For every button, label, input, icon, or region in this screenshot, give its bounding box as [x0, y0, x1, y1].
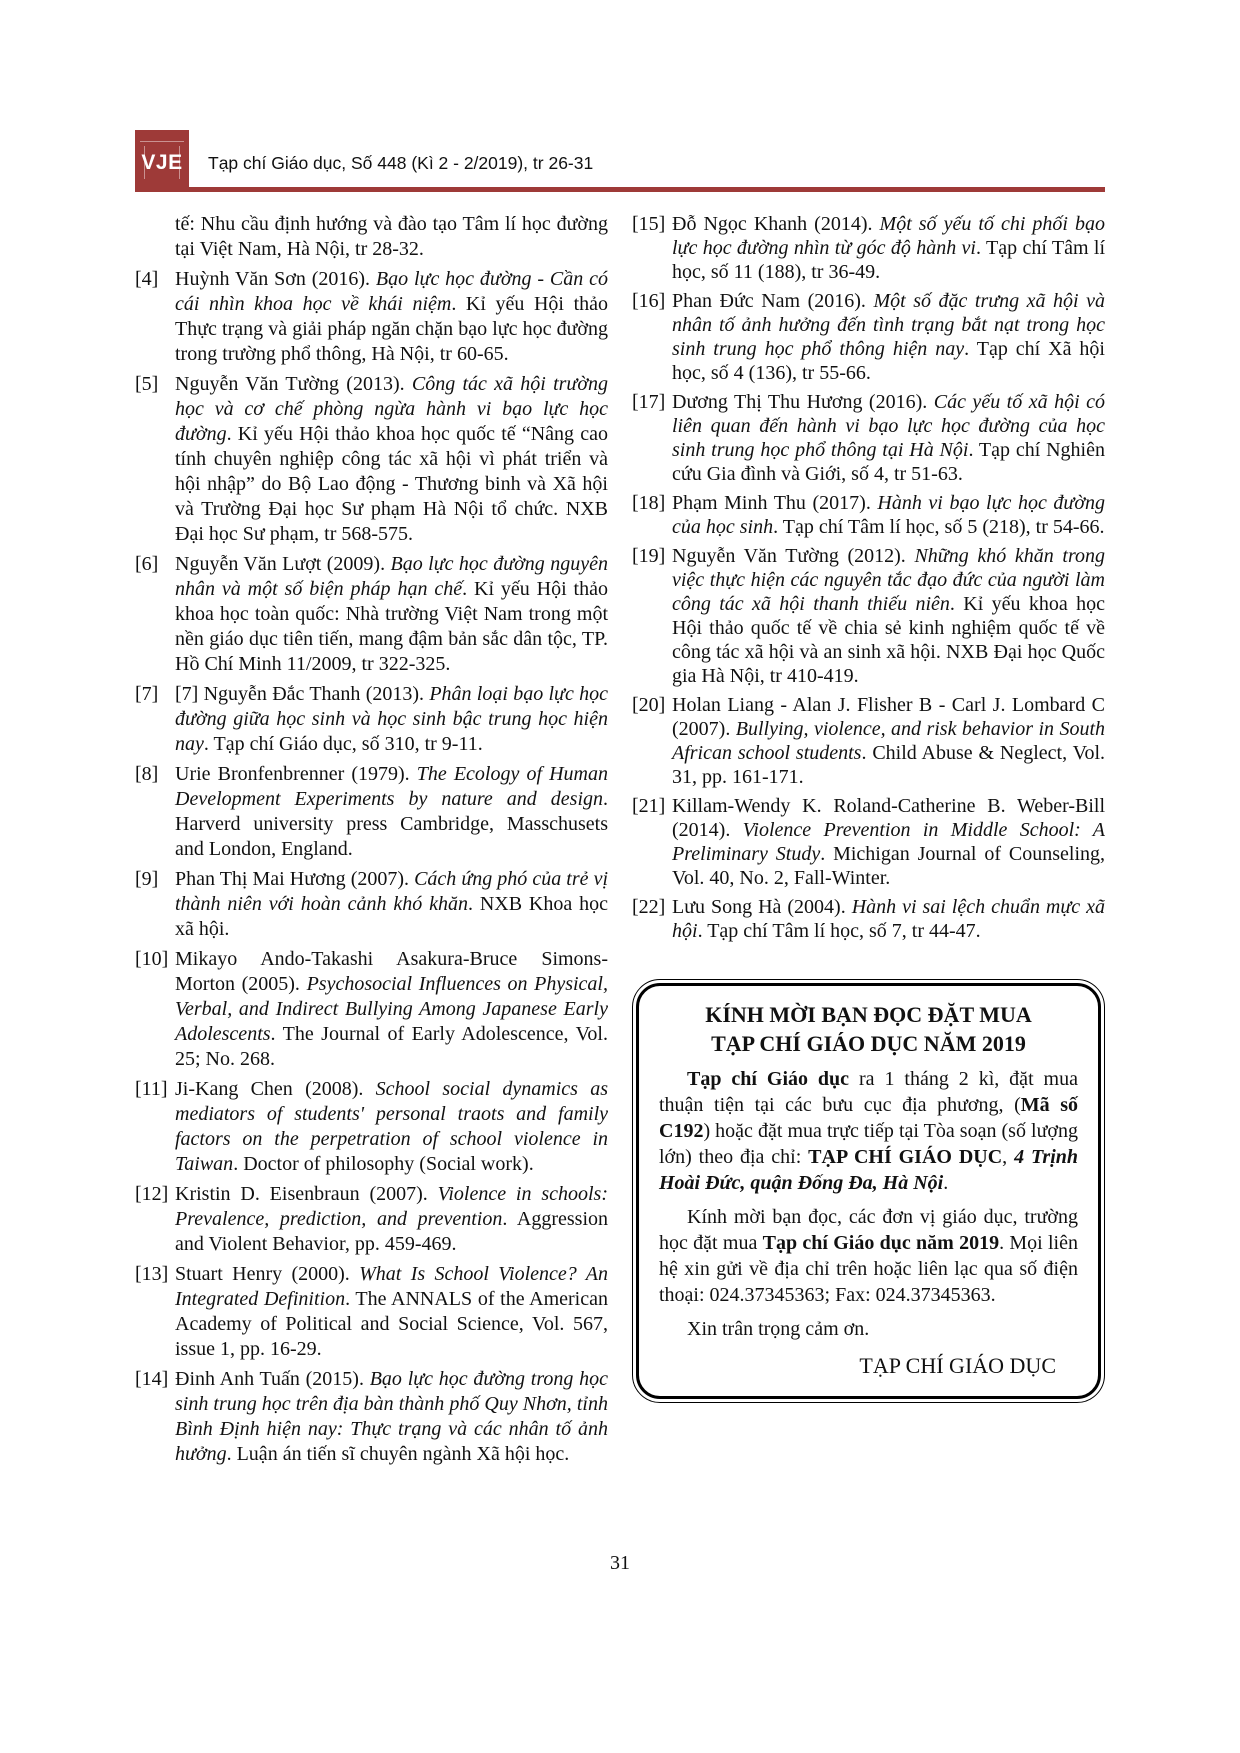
subscription-box: KÍNH MỜI BẠN ĐỌC ĐẶT MUA TẠP CHÍ GIÁO DỤ… — [632, 979, 1105, 1403]
page-number: 31 — [135, 1552, 1105, 1575]
text-segment: . Tạp chí Giáo dục, số 310, tr 9-11. — [204, 733, 483, 755]
reference-item: [6]Nguyễn Văn Lượt (2009). Bạo lực học đ… — [135, 552, 608, 677]
text-segment: . Tạp chí Tâm lí học, số 5 (218), tr 54-… — [773, 516, 1104, 538]
reference-item: [5]Nguyễn Văn Tường (2013). Công tác xã … — [135, 372, 608, 547]
box-paragraph: Xin trân trọng cảm ơn. — [659, 1316, 1078, 1342]
text-segment: Lưu Song Hà (2004). — [672, 896, 852, 918]
reference-item: [20]Holan Liang - Alan J. Flisher B - Ca… — [632, 693, 1105, 789]
text-segment: Xin trân trọng cảm ơn. — [687, 1318, 869, 1340]
text-segment: [7] Nguyễn Đắc Thanh (2013). — [175, 683, 429, 705]
reference-item: [19]Nguyễn Văn Tường (2012). Những khó k… — [632, 544, 1105, 688]
text-segment: . Tạp chí Tâm lí học, số 7, tr 44-47. — [698, 920, 981, 942]
box-signature: TẠP CHÍ GIÁO DỤC — [659, 1352, 1078, 1380]
reference-item: [17]Dương Thị Thu Hương (2016). Các yếu … — [632, 390, 1105, 486]
text-segment: Đinh Anh Tuấn (2015). — [175, 1368, 370, 1390]
reference-item: [22]Lưu Song Hà (2004). Hành vi sai lệch… — [632, 895, 1105, 943]
reference-number: [8] — [135, 762, 175, 787]
reference-number: [13] — [135, 1262, 175, 1287]
reference-number: [17] — [632, 390, 672, 414]
reference-item: [13]Stuart Henry (2000). What Is School … — [135, 1262, 608, 1362]
reference-item: [15]Đỗ Ngọc Khanh (2014). Một số yếu tố … — [632, 212, 1105, 284]
references-list-right: [15]Đỗ Ngọc Khanh (2014). Một số yếu tố … — [632, 212, 1105, 943]
reference-number: [15] — [632, 212, 672, 236]
box-paragraph: Tạp chí Giáo dục ra 1 tháng 2 kì, đặt mu… — [659, 1066, 1078, 1196]
text-segment: TẠP CHÍ GIÁO DỤC — [808, 1146, 1002, 1168]
text-segment: Tạp chí Giáo dục — [687, 1068, 849, 1090]
header-rule — [135, 187, 1105, 192]
reference-number: [14] — [135, 1367, 175, 1392]
text-segment: Nguyễn Văn Tường (2012). — [672, 545, 914, 567]
text-segment: Phan Đức Nam (2016). — [672, 290, 873, 312]
reference-item: [10]Mikayo Ando-Takashi Asakura-Bruce Si… — [135, 947, 608, 1072]
reference-number: [19] — [632, 544, 672, 568]
reference-item: [7][7] Nguyễn Đắc Thanh (2013). Phân loạ… — [135, 682, 608, 757]
reference-item: [8]Urie Bronfenbrenner (1979). The Ecolo… — [135, 762, 608, 862]
reference-number: [4] — [135, 267, 175, 292]
journal-header-text: Tạp chí Giáo dục, Số 448 (Kì 2 - 2/2019)… — [208, 153, 593, 174]
reference-number: [9] — [135, 867, 175, 892]
reference-number: [18] — [632, 491, 672, 515]
reference-item: [14]Đinh Anh Tuấn (2015). Bạo lực học đư… — [135, 1367, 608, 1467]
reference-item: [9]Phan Thị Mai Hương (2007). Cách ứng p… — [135, 867, 608, 942]
text-segment: Urie Bronfenbrenner (1979). — [175, 763, 417, 785]
reference-number: [10] — [135, 947, 175, 972]
vje-logo-text: VJE — [144, 146, 180, 179]
reference-number: [11] — [135, 1077, 175, 1102]
box-paragraphs: Tạp chí Giáo dục ra 1 tháng 2 kì, đặt mu… — [659, 1066, 1078, 1342]
reference-number: [16] — [632, 289, 672, 313]
reference-number: [5] — [135, 372, 175, 397]
text-segment: tế: Nhu cầu định hướng và đào tạo Tâm lí… — [175, 213, 608, 260]
reference-item: [18]Phạm Minh Thu (2017). Hành vi bạo lự… — [632, 491, 1105, 539]
reference-number: [21] — [632, 794, 672, 818]
text-segment: . Doctor of philosophy (Social work). — [233, 1153, 534, 1175]
reference-number: [20] — [632, 693, 672, 717]
subscription-box-inner: KÍNH MỜI BẠN ĐỌC ĐẶT MUA TẠP CHÍ GIÁO DỤ… — [636, 983, 1101, 1399]
reference-item: [11]Ji-Kang Chen (2008). School social d… — [135, 1077, 608, 1177]
journal-page: VJE Tạp chí Giáo dục, Số 448 (Kì 2 - 2/2… — [0, 0, 1240, 1753]
text-segment: Kristin D. Eisenbraun (2007). — [175, 1183, 438, 1205]
text-segment: Tạp chí Giáo dục năm 2019 — [763, 1232, 999, 1254]
references-column-left: tế: Nhu cầu định hướng và đào tạo Tâm lí… — [135, 212, 608, 1472]
text-segment: Nguyễn Văn Tường (2013). — [175, 373, 412, 395]
reference-item: [21]Killam-Wendy K. Roland-Catherine B. … — [632, 794, 1105, 890]
text-segment: Nguyễn Văn Lượt (2009). — [175, 553, 391, 575]
reference-number: [22] — [632, 895, 672, 919]
text-segment: . Luận án tiến sĩ chuyên ngành Xã hội họ… — [227, 1443, 570, 1465]
references-section: tế: Nhu cầu định hướng và đào tạo Tâm lí… — [135, 212, 1105, 1472]
reference-number: [12] — [135, 1182, 175, 1207]
text-segment: Ji-Kang Chen (2008). — [175, 1078, 376, 1100]
references-column-right: [15]Đỗ Ngọc Khanh (2014). Một số yếu tố … — [632, 212, 1105, 1472]
reference-item: tế: Nhu cầu định hướng và đào tạo Tâm lí… — [135, 212, 608, 262]
reference-item: [16]Phan Đức Nam (2016). Một số đặc trưn… — [632, 289, 1105, 385]
box-title-line-2: TẠP CHÍ GIÁO DỤC NĂM 2019 — [659, 1029, 1078, 1058]
reference-item: [4]Huỳnh Văn Sơn (2016). Bạo lực học đườ… — [135, 267, 608, 367]
box-paragraph: Kính mời bạn đọc, các đơn vị giáo dục, t… — [659, 1204, 1078, 1308]
reference-number: [7] — [135, 682, 175, 707]
text-segment: . Kỉ yếu Hội thảo khoa học quốc tế “Nâng… — [175, 423, 608, 545]
text-segment: Huỳnh Văn Sơn (2016). — [175, 268, 376, 290]
text-segment: Dương Thị Thu Hương (2016). — [672, 391, 934, 413]
text-segment: . — [943, 1172, 948, 1194]
text-segment: Phạm Minh Thu (2017). — [672, 492, 877, 514]
reference-number: [6] — [135, 552, 175, 577]
text-segment: Phan Thị Mai Hương (2007). — [175, 868, 414, 890]
text-segment: Đỗ Ngọc Khanh (2014). — [672, 213, 880, 235]
text-segment: Stuart Henry (2000). — [175, 1263, 359, 1285]
vje-logo: VJE — [135, 130, 189, 187]
reference-item: [12]Kristin D. Eisenbraun (2007). Violen… — [135, 1182, 608, 1257]
box-title-line-1: KÍNH MỜI BẠN ĐỌC ĐẶT MUA — [659, 1000, 1078, 1029]
text-segment: , — [1002, 1146, 1014, 1168]
